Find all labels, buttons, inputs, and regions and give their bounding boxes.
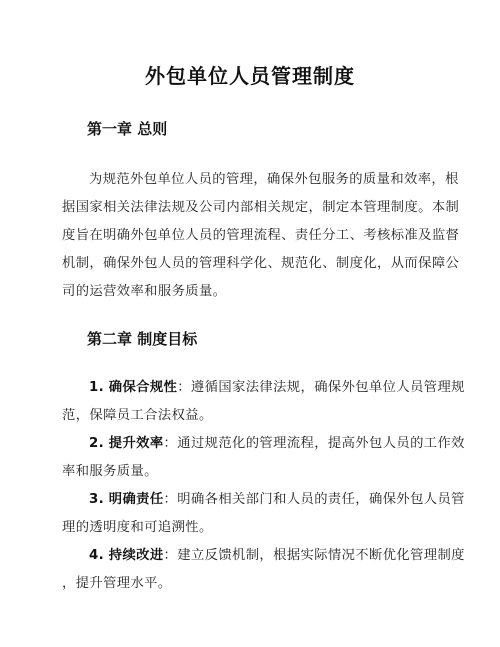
- list-item-text-cont: 率和服务质量。: [62, 458, 437, 486]
- list-item-label: 明确责任: [109, 492, 164, 507]
- document-page: 外包单位人员管理制度 第一章 总则 为规范外包单位人员的管理，确保外包服务的质量…: [0, 0, 500, 647]
- list-item-text-cont: 理的透明度和可追溯性。: [62, 514, 437, 542]
- paragraph-line: 司的运营效率和服务质量。: [62, 278, 437, 306]
- chapter-1-paragraph: 为规范外包单位人员的管理，确保外包服务的质量和效率，根 据国家相关法律法规及公司…: [62, 166, 437, 306]
- paragraph-line: 据国家相关法律法规及公司内部相关规定，制定本管理制度。本制: [62, 194, 437, 222]
- list-item-number: 4.: [89, 548, 104, 563]
- chapter-2-heading: 第二章 制度目标: [87, 328, 197, 349]
- list-item-text: ：遵循国家法律法规，确保外包单位人员管理规: [177, 380, 465, 395]
- list-item: 1. 确保合规性：遵循国家法律法规，确保外包单位人员管理规 范，保障员工合法权益…: [62, 374, 437, 430]
- list-item: 2. 提升效率：通过规范化的管理流程，提高外包人员的工作效 率和服务质量。: [62, 430, 437, 486]
- document-title: 外包单位人员管理制度: [0, 60, 500, 89]
- list-item: 3. 明确责任：明确各相关部门和人员的责任，确保外包人员管 理的透明度和可追溯性…: [62, 486, 437, 542]
- paragraph-line: 度旨在明确外包单位人员的管理流程、责任分工、考核标准及监督: [62, 222, 437, 250]
- chapter-2-list: 1. 确保合规性：遵循国家法律法规，确保外包单位人员管理规 范，保障员工合法权益…: [62, 374, 437, 598]
- list-item-text: ：明确各相关部门和人员的责任，确保外包人员管: [164, 492, 465, 507]
- list-item-number: 1.: [89, 380, 104, 395]
- list-item-number: 2.: [89, 436, 104, 451]
- list-item-label: 确保合规性: [109, 380, 177, 395]
- list-item-text-cont: ，提升管理水平。: [62, 570, 437, 598]
- list-item: 4. 持续改进：建立反馈机制，根据实际情况不断优化管理制度 ，提升管理水平。: [62, 542, 437, 598]
- chapter-1-heading: 第一章 总则: [87, 118, 167, 139]
- list-item-label: 持续改进: [109, 548, 164, 563]
- list-item-text: ：建立反馈机制，根据实际情况不断优化管理制度: [164, 548, 465, 563]
- paragraph-line: 机制，确保外包人员的管理科学化、规范化、制度化，从而保障公: [62, 250, 437, 278]
- list-item-text-cont: 范，保障员工合法权益。: [62, 402, 437, 430]
- paragraph-line: 为规范外包单位人员的管理，确保外包服务的质量和效率，根: [62, 166, 437, 194]
- list-item-text: ：通过规范化的管理流程，提高外包人员的工作效: [164, 436, 465, 451]
- list-item-number: 3.: [89, 492, 104, 507]
- list-item-label: 提升效率: [109, 436, 164, 451]
